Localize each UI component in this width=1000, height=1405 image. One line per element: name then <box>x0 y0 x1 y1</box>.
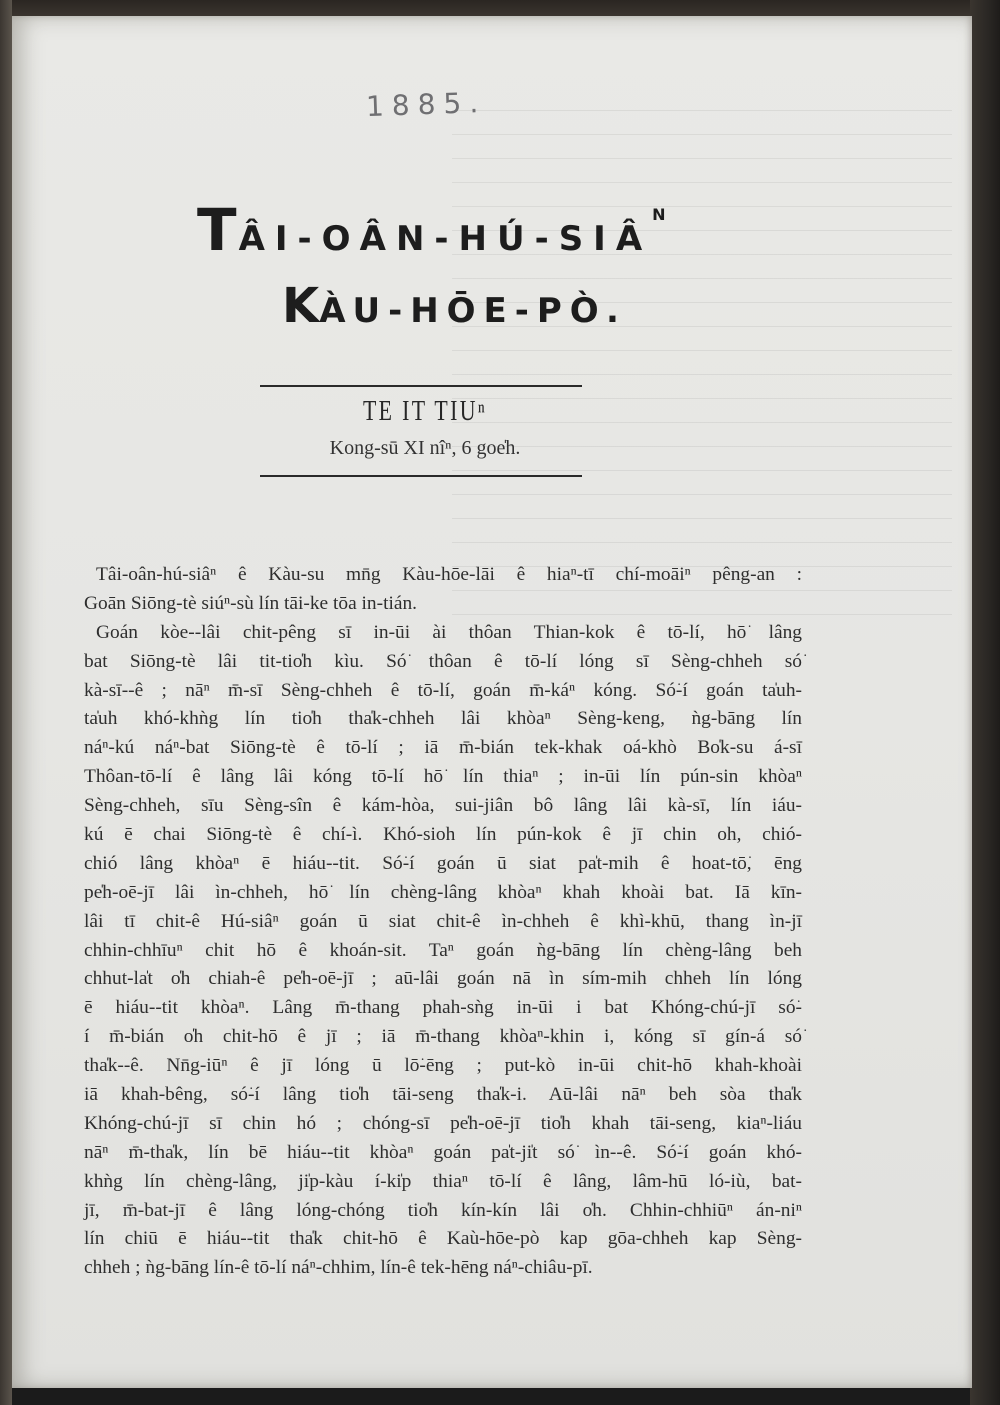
body-line: ē hiáu--tit khòaⁿ. Lâng m̄-thang phah-sǹ… <box>84 994 802 1023</box>
body-line: Goān Siōng-tè siúⁿ-sù lín tāi-ke tōa in-… <box>84 590 802 619</box>
body-line: Thôan-tō-lí ê lâng lâi kóng tō-lí hō͘ lí… <box>84 763 802 792</box>
document-page: 1885. TÂI-OÂN-HÚ-SIÂN KÀU-HŌE-PÒ. TE IT … <box>12 16 972 1388</box>
body-line: Sèng-chheh, sīu Sèng-sîn ê kám-hòa, sui-… <box>84 792 802 821</box>
body-line: í m̄-bián o̍h chit-hō ê jī ; iā m̄-thang… <box>84 1023 802 1052</box>
body-line: chhut-la̍t o̍h chiah-ê pe̍h-oē-jī ; aū-l… <box>84 965 802 994</box>
body-line: chhin-chhīuⁿ chit hō ê khoán-sit. Taⁿ go… <box>84 937 802 966</box>
body-line: iā khah-bêng, só͘-í lâng tio̍h tāi-seng … <box>84 1081 802 1110</box>
body-line: ta̍uh khó-khǹg lín tio̍h tha̍k-chheh lâi… <box>84 705 802 734</box>
section-heading: TE IT TIUⁿ <box>296 396 553 428</box>
book-binding-right <box>970 0 1000 1405</box>
body-line: lín chiū ē hiáu--tit tha̍k chit-hō ê Kaù… <box>84 1225 802 1254</box>
divider-bottom <box>260 475 582 477</box>
body-line: Tâi-oân-hú-siâⁿ ê Kàu-su mn̄g Kàu-hōe-lā… <box>84 561 802 590</box>
body-line: pe̍h-oē-jī lâi ìn-chheh, hō͘ lín chèng-l… <box>84 879 802 908</box>
body-line: jī, m̄-bat-jī ê lâng lóng-chóng tio̍h kí… <box>84 1197 802 1226</box>
masthead-text-1: ÂI-OÂN-HÚ-SIÂ <box>239 219 653 259</box>
masthead-initial-2: K <box>282 278 319 334</box>
divider-top <box>260 385 582 387</box>
body-line: tha̍k--ê. Nn̄g-iūⁿ ê jī lóng ū lō͘-ēng ;… <box>84 1052 802 1081</box>
body-line: bat Siōng-tè lâi tit-tio̍h kìu. Só͘ thôa… <box>84 648 802 677</box>
article-body: Tâi-oân-hú-siâⁿ ê Kàu-su mn̄g Kàu-hōe-lā… <box>84 561 802 1283</box>
book-binding-left <box>0 0 12 1405</box>
masthead-superscript: N <box>652 205 665 224</box>
body-line: kú ē chai Siōng-tè ê chí-ì. Khó-sioh lín… <box>84 821 802 850</box>
show-through-text <box>452 96 952 636</box>
body-line: chheh ; ǹg-bāng lín-ê tō-lí náⁿ-chhim, l… <box>84 1254 802 1283</box>
body-line: Khóng-chú-jī sī chin hó ; chóng-sī pe̍h-… <box>84 1110 802 1139</box>
masthead-text-2: ÀU-HŌE-PÒ. <box>319 291 627 331</box>
masthead-initial-1: T <box>197 196 239 264</box>
dateline: Kong-sū XI nîⁿ, 6 goe̍h. <box>260 437 590 460</box>
body-line: lâi tī chit-ê Hú-siâⁿ goán ū siat chit-ê… <box>84 908 802 937</box>
handwritten-year-note: 1885. <box>365 86 486 123</box>
body-line: Goán kòe--lâi chit-pêng sī in-ūi ài thôa… <box>84 619 802 648</box>
body-line: náⁿ-kú náⁿ-bat Siōng-tè ê tō-lí ; iā m̄-… <box>84 734 802 763</box>
body-line: kà-sī--ê ; nāⁿ m̄-sī Sèng-chheh ê tō-lí,… <box>84 677 802 706</box>
masthead-line-1: TÂI-OÂN-HÚ-SIÂN <box>197 196 666 264</box>
masthead-line-2: KÀU-HŌE-PÒ. <box>282 278 627 334</box>
body-line: chió lâng khòaⁿ ē hiáu--tit. Só͘-í goán … <box>84 850 802 879</box>
body-line: nāⁿ m̄-tha̍k, lín bē hiáu--tit khòaⁿ goá… <box>84 1139 802 1168</box>
body-line: khǹg lín chèng-lâng, ji̍p-kàu í-ki̍p thi… <box>84 1168 802 1197</box>
